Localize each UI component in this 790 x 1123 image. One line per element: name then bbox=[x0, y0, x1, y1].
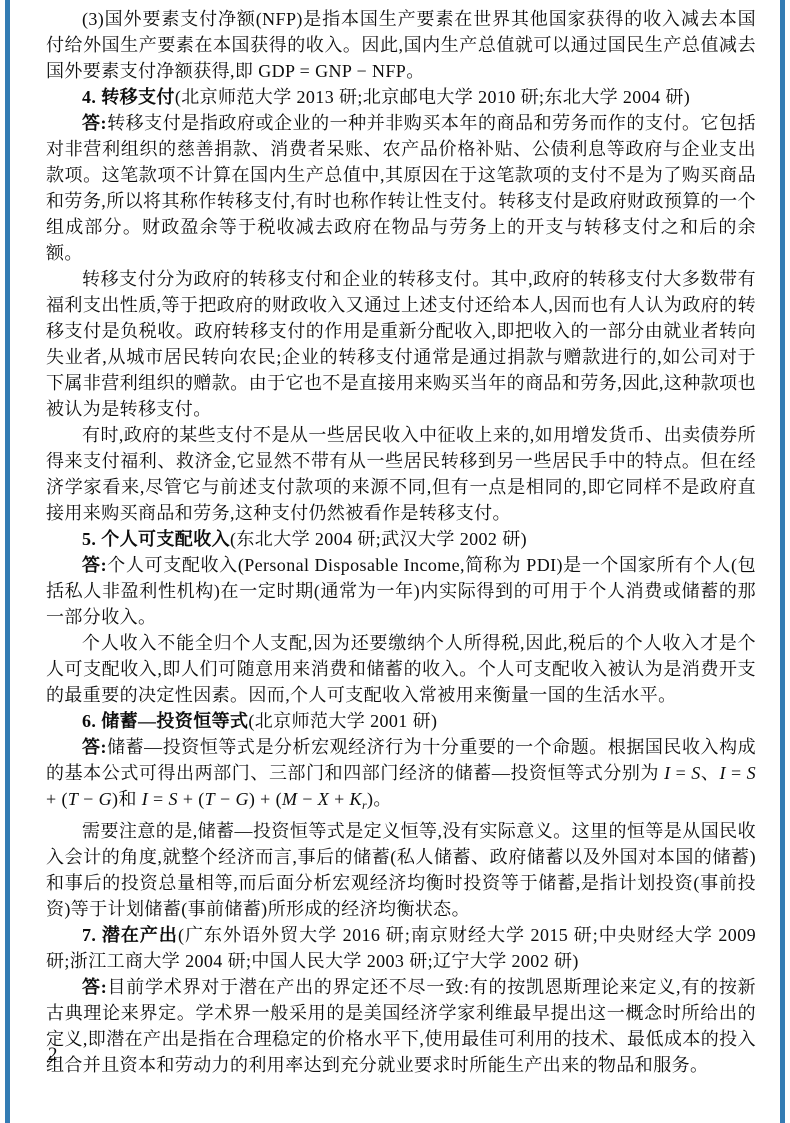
text-run: K bbox=[350, 789, 362, 809]
text-run: 答: bbox=[82, 113, 107, 133]
text-run: (北京师范大学 2001 研) bbox=[248, 711, 437, 731]
answer-5-para-1: 答:个人可支配收入(Personal Disposable Income,简称为… bbox=[46, 552, 756, 630]
document-page: (3)国外要素支付净额(NFP)是指本国生产要素在世界其他国家获得的收入减去本国… bbox=[0, 0, 790, 1123]
para-nfp-definition: (3)国外要素支付净额(NFP)是指本国生产要素在世界其他国家获得的收入减去本国… bbox=[46, 6, 756, 84]
text-run: 5. 个人可支配收入 bbox=[82, 529, 230, 549]
answer-4-para-3: 有时,政府的某些支付不是从一些居民收入中征收上来的,如用增发货币、出卖债券所得来… bbox=[46, 422, 756, 526]
answer-6-para-1: 答:储蓄—投资恒等式是分析宏观经济行为十分重要的一个命题。根据国民收入构成的基本… bbox=[46, 734, 756, 818]
text-run: 4. 转移支付 bbox=[82, 87, 175, 107]
text-run: 答: bbox=[82, 737, 107, 757]
text-run: 、 bbox=[701, 763, 720, 783]
text-run: S bbox=[169, 789, 178, 809]
text-run: X bbox=[318, 789, 329, 809]
text-run: )。 bbox=[367, 789, 392, 809]
text-run: (东北大学 2004 研;武汉大学 2002 研) bbox=[230, 529, 527, 549]
text-run: − bbox=[215, 789, 235, 809]
text-run: = bbox=[148, 789, 168, 809]
document-body: (3)国外要素支付净额(NFP)是指本国生产要素在世界其他国家获得的收入减去本国… bbox=[46, 6, 756, 1078]
text-run: S bbox=[691, 763, 700, 783]
text-run: 7. 潜在产出 bbox=[82, 925, 178, 945]
page-number: 2 bbox=[48, 1042, 58, 1068]
text-run: T bbox=[68, 789, 78, 809]
text-run: + bbox=[329, 789, 349, 809]
text-run: 答: bbox=[82, 555, 107, 575]
left-page-edge-accent bbox=[5, 0, 10, 1123]
text-run: 转移支付是指政府或企业的一种并非购买本年的商品和劳务而作的支付。它包括对非营利组… bbox=[46, 113, 756, 263]
text-run: − bbox=[297, 789, 317, 809]
text-run: = bbox=[726, 763, 747, 783]
text-run: − bbox=[78, 789, 98, 809]
text-run: + ( bbox=[178, 789, 205, 809]
text-run: 有时,政府的某些支付不是从一些居民收入中征收上来的,如用增发货币、出卖债券所得来… bbox=[46, 425, 756, 523]
text-run: 需要注意的是,储蓄—投资恒等式是定义恒等,没有实际意义。这里的恒等是从国民收入会… bbox=[46, 821, 756, 919]
text-run: 目前学术界对于潜在产出的界定还不尽一致:有的按凯恩斯理论来定义,有的按新古典理论… bbox=[46, 977, 756, 1075]
text-run: G bbox=[99, 789, 112, 809]
heading-term-7-potential-output: 7. 潜在产出(广东外语外贸大学 2016 研;南京财经大学 2015 研;中央… bbox=[46, 922, 756, 974]
answer-7-para-1: 答:目前学术界对于潜在产出的界定还不尽一致:有的按凯恩斯理论来定义,有的按新古典… bbox=[46, 974, 756, 1078]
heading-term-4-transfer-payment: 4. 转移支付(北京师范大学 2013 研;北京邮电大学 2010 研;东北大学… bbox=[46, 84, 756, 110]
text-run: (北京师范大学 2013 研;北京邮电大学 2010 研;东北大学 2004 研… bbox=[175, 87, 690, 107]
text-run: 6. 储蓄—投资恒等式 bbox=[82, 711, 248, 731]
text-run: T bbox=[205, 789, 215, 809]
answer-4-para-2: 转移支付分为政府的转移支付和企业的转移支付。其中,政府的转移支付大多数带有福利支… bbox=[46, 266, 756, 422]
text-run: G bbox=[235, 789, 248, 809]
answer-6-para-2: 需要注意的是,储蓄—投资恒等式是定义恒等,没有实际意义。这里的恒等是从国民收入会… bbox=[46, 818, 756, 922]
text-run: 个人可支配收入(Personal Disposable Income,简称为 P… bbox=[46, 555, 756, 627]
text-run: 个人收入不能全归个人支配,因为还要缴纳个人所得税,因此,税后的个人收入才是个人可… bbox=[46, 633, 756, 705]
text-run: (3)国外要素支付净额(NFP)是指本国生产要素在世界其他国家获得的收入减去本国… bbox=[46, 9, 756, 81]
text-run: S bbox=[747, 763, 756, 783]
text-run: = bbox=[671, 763, 692, 783]
text-run: 答: bbox=[82, 977, 107, 997]
text-run: + ( bbox=[46, 789, 68, 809]
text-run: 储蓄—投资恒等式是分析宏观经济行为十分重要的一个命题。根据国民收入构成的基本公式… bbox=[46, 737, 756, 783]
answer-5-para-2: 个人收入不能全归个人支配,因为还要缴纳个人所得税,因此,税后的个人收入才是个人可… bbox=[46, 630, 756, 708]
heading-term-6-saving-investment-identity: 6. 储蓄—投资恒等式(北京师范大学 2001 研) bbox=[46, 708, 756, 734]
right-page-edge-accent bbox=[780, 0, 785, 1123]
text-run: ) + ( bbox=[249, 789, 282, 809]
text-run: )和 bbox=[112, 789, 142, 809]
text-run: M bbox=[282, 789, 297, 809]
heading-term-5-personal-disposable-income: 5. 个人可支配收入(东北大学 2004 研;武汉大学 2002 研) bbox=[46, 526, 756, 552]
answer-4-para-1: 答:转移支付是指政府或企业的一种并非购买本年的商品和劳务而作的支付。它包括对非营… bbox=[46, 110, 756, 266]
text-run: 转移支付分为政府的转移支付和企业的转移支付。其中,政府的转移支付大多数带有福利支… bbox=[46, 269, 756, 419]
